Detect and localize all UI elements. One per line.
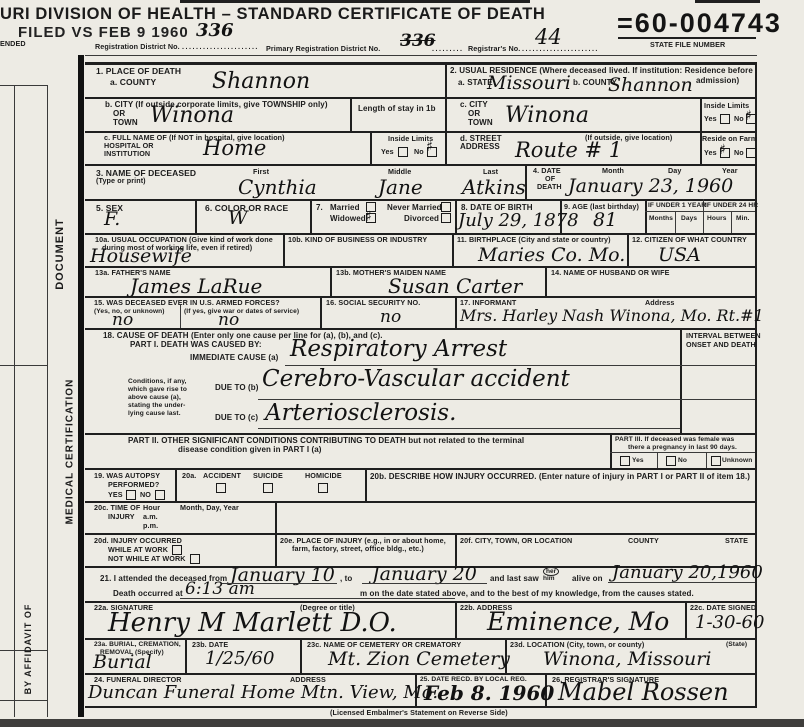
part2-title2: disease condition given in PART I (a) — [178, 445, 322, 455]
s21-alive-label: alive on — [572, 574, 603, 584]
s18-conditions-1: Conditions, if any, — [128, 378, 187, 386]
s2-no-label: No — [734, 115, 744, 124]
checkbox-2c-inside-limits-yes — [720, 114, 730, 124]
s3-subtitle: (Type or print) — [96, 177, 146, 186]
s18-due-b-label: DUE TO (b) — [215, 383, 259, 393]
certificate-title: URI DIVISION OF HEALTH – STANDARD CERTIF… — [0, 5, 545, 25]
amended-fragment: ENDED — [0, 40, 26, 49]
s4-value: January 23, 1960 — [568, 177, 733, 196]
registration-district-label: Registration District No. — [95, 43, 180, 52]
checkbox-never-married — [441, 202, 451, 212]
checkbox-homicide — [318, 483, 328, 493]
margin-by-affidavit-label: BY AFFIDAVIT OF — [23, 594, 33, 704]
s20d-notwork-label: NOT WHILE AT WORK — [108, 555, 186, 564]
margin-document-label: DOCUMENT — [54, 189, 66, 319]
scan-edge-line — [695, 0, 760, 3]
s8-value: July 29, 1878 — [458, 212, 579, 230]
s22b-value: Eminence, Mo — [487, 609, 669, 634]
s6-value: W — [228, 209, 248, 228]
grid-line — [370, 131, 372, 164]
s7-widowed-label: Widowed — [330, 214, 366, 224]
grid-line — [545, 266, 547, 296]
grid-line — [175, 468, 177, 501]
s16-value: no — [380, 309, 401, 326]
s1-institution-label3: INSTITUTION — [104, 150, 150, 159]
s15-title: 15. WAS DECEASED EVER IN U.S. ARMED FORC… — [94, 299, 280, 308]
grid-line — [300, 638, 302, 673]
grid-line — [275, 501, 277, 533]
part3-no-label: No — [678, 457, 687, 465]
s18-conditions-5: lying cause last. — [128, 410, 181, 418]
s19-title2: PERFORMED? — [108, 481, 159, 490]
s23a-title1: 23a. BURIAL, CREMATION, — [94, 641, 181, 649]
grid-line — [275, 533, 277, 566]
s25-value: Feb 8. 1960 — [424, 683, 554, 703]
grid-line — [310, 199, 312, 233]
s22c-value: 1-30-60 — [695, 614, 764, 632]
cause-c-rule — [258, 428, 680, 429]
s1-yes-label: Yes — [381, 148, 394, 157]
s19-no-label: NO — [140, 491, 151, 500]
s4-title3: DEATH — [537, 183, 562, 192]
grid-line — [700, 97, 702, 164]
s20a-accident-label: ACCIDENT — [203, 472, 241, 481]
grid-line — [85, 164, 757, 166]
checkbox-not-while-at-work — [190, 554, 200, 564]
checkbox-suicide — [263, 483, 273, 493]
dot-leader: ......... — [432, 45, 463, 54]
primary-registration-label: Primary Registration District No. — [266, 45, 380, 54]
state-file-underline — [618, 37, 756, 39]
filed-date-stamp: FILED VS FEB 9 1960 — [18, 24, 189, 41]
s18-conditions-4: stating the under- — [128, 402, 185, 410]
s9-hours-label: Hours — [707, 215, 727, 223]
grid-line — [85, 468, 757, 470]
checkbox-autopsy-no — [155, 490, 165, 500]
s13a-value: James LaRue — [130, 276, 262, 296]
s21-rule — [608, 582, 755, 583]
margin-line — [0, 365, 47, 366]
s2-state-value: Missouri — [487, 74, 571, 93]
s15-value2: no — [218, 312, 239, 329]
grid-line — [85, 199, 757, 201]
s20f-state-label: STATE — [725, 537, 748, 546]
filed-number-handwriting: 336 — [196, 22, 234, 40]
s7-divorced-label: Divorced — [404, 214, 439, 224]
dot-leader: ...................... — [522, 45, 599, 54]
s20f-title: 20f. CITY, TOWN, OR LOCATION — [460, 537, 572, 546]
s18-immediate-label: IMMEDIATE CAUSE (a) — [190, 353, 278, 363]
grid-line — [85, 328, 757, 330]
grid-line — [85, 601, 757, 603]
grid-line — [320, 296, 322, 328]
s23a-value: Burial — [93, 653, 152, 672]
s11-value: Maries Co. Mo. — [478, 246, 625, 265]
s1-institution-value: Home — [203, 138, 266, 159]
grid-line — [85, 97, 757, 99]
checkmark-1c-no: ♯ — [426, 139, 433, 155]
checkmark-widowed: ♯ — [365, 209, 372, 225]
s7-never-married-label: Never Married — [387, 203, 442, 213]
checkbox-pregnancy-no — [666, 456, 676, 466]
s9-months-label: Months — [649, 215, 673, 223]
margin-line — [14, 85, 15, 717]
grid-line — [657, 452, 658, 468]
grid-line — [185, 638, 187, 673]
s2-address-label: ADDRESS — [460, 142, 500, 152]
grid-line — [455, 199, 457, 233]
s20c-pm-label: p.m. — [143, 522, 158, 531]
grid-line — [645, 199, 647, 233]
part3-title2: there a pregnancy in last 90 days. — [628, 444, 737, 452]
s18-conditions-3: above cause (a), — [128, 394, 181, 402]
s20e-title2: farm, factory, street, office bldg., etc… — [292, 545, 424, 554]
grid-line — [180, 305, 181, 328]
s23b-value: 1/25/60 — [205, 650, 274, 668]
s21-him: him — [543, 575, 555, 582]
grid-line — [675, 211, 676, 233]
grid-line — [731, 211, 732, 233]
grid-line — [455, 296, 457, 328]
s2-farm-label: Reside on Farm — [702, 135, 757, 144]
form-left-heavy-bar — [78, 55, 84, 717]
state-file-number-value: =60-004743 — [617, 8, 782, 39]
s9-under24-label: IF UNDER 24 HR — [705, 202, 758, 210]
checkbox-2d-farm-no — [746, 148, 756, 158]
s21-alive-value: January 20,1960 — [612, 564, 763, 582]
grid-line — [283, 233, 285, 266]
grid-line — [455, 533, 457, 566]
death-certificate-scan: URI DIVISION OF HEALTH – STANDARD CERTIF… — [0, 0, 804, 727]
s21-her-him: her him — [543, 569, 559, 582]
s26-signature-value: Mabel Rossen — [558, 680, 729, 704]
embalmer-footer-note: (Licensed Embalmer's Statement on Revers… — [330, 709, 508, 718]
s5-value: F. — [104, 210, 120, 229]
s20a-suicide-label: SUICIDE — [253, 472, 283, 481]
s20a-num: 20a. — [182, 472, 196, 481]
s16-title: 16. SOCIAL SECURITY NO. — [326, 299, 420, 308]
s21-rule — [362, 583, 487, 584]
s2-street-value: Route # 1 — [515, 140, 622, 161]
s20c-mdy-label: Month, Day, Year — [180, 504, 239, 513]
dot-leader: ...................... — [182, 43, 259, 52]
s3-last-value: Atkins — [462, 177, 526, 197]
s1-county-value: Shannon — [212, 71, 310, 93]
grid-line — [610, 452, 755, 453]
s21-to-label: , to — [340, 574, 352, 584]
s13b-value: Susan Carter — [388, 276, 522, 296]
checkbox-pregnancy-unknown — [711, 456, 721, 466]
s15-value1: no — [112, 312, 133, 329]
s1-stay-label: Length of stay in 1b — [358, 104, 436, 114]
s7-num: 7. — [316, 203, 323, 213]
s2-farm-yes-label: Yes — [704, 149, 717, 158]
s20a-homicide-label: HOMICIDE — [305, 472, 342, 481]
part3-yes-label: Yes — [632, 457, 644, 465]
part3-title: PART III. If deceased was female was — [615, 436, 734, 444]
checkmark-2c-no: ♯ — [745, 108, 752, 124]
checkbox-accident — [216, 483, 226, 493]
registrar-no-label: Registrar's No. — [468, 45, 520, 54]
s22a-signature-value: Henry M Marlett D.O. — [108, 610, 397, 636]
s2-town-label: TOWN — [468, 118, 493, 128]
s2-county-value: Shannon — [608, 76, 693, 95]
grid-line — [195, 199, 197, 233]
primary-registration-value: 336 — [400, 33, 436, 50]
grid-line — [685, 601, 687, 638]
s3-middle-value: Jane — [378, 177, 423, 197]
s18-conditions-2: which gave rise to — [128, 386, 187, 394]
s18-part1: PART I. DEATH WAS CAUSED BY: — [130, 340, 262, 350]
s19-yes-label: YES — [108, 491, 123, 500]
checkbox-divorced — [441, 213, 451, 223]
s20b-title: 20b. DESCRIBE HOW INJURY OCCURRED. (Ente… — [370, 472, 750, 482]
s14-title: 14. NAME OF HUSBAND OR WIFE — [551, 269, 670, 278]
s23c-value: Mt. Zion Cemetery — [328, 650, 510, 669]
s23d-value: Winona, Missouri — [543, 650, 711, 669]
margin-medical-certification-label: MEDICAL CERTIFICATION — [65, 342, 76, 562]
s21-death-occurred-label: Death occurred at — [113, 589, 183, 599]
s1-county-label: a. COUNTY — [110, 77, 156, 87]
grid-line — [85, 433, 757, 435]
s2-city-value: Winona — [505, 105, 589, 127]
grid-line — [85, 62, 757, 65]
s3-first-value: Cynthia — [238, 177, 317, 197]
s9-under1-label: IF UNDER 1 YEAR — [648, 202, 706, 210]
grid-line — [452, 233, 454, 266]
grid-line — [680, 328, 682, 433]
s2-inside-limits-label: Inside Limits — [704, 102, 749, 111]
s9-value: 81 — [593, 211, 617, 230]
grid-line — [610, 433, 612, 468]
grid-line — [627, 233, 629, 266]
s24-value: Duncan Funeral Home Mtn. View, Mo. — [88, 684, 438, 702]
s18-cause-a-value: Respiratory Arrest — [290, 338, 507, 361]
margin-line — [47, 85, 48, 717]
s9-min-label: Min. — [736, 215, 750, 223]
s21-to-value: January 20 — [372, 565, 477, 584]
s10b-title: 10b. KIND OF BUSINESS OR INDUSTRY — [288, 236, 427, 245]
s1-title: 1. PLACE OF DEATH — [96, 66, 181, 76]
s21-saw-label: and last saw — [490, 574, 539, 584]
grid-line — [330, 266, 332, 296]
s1-city-value: Winona — [150, 105, 234, 127]
s9-days-label: Days — [681, 215, 697, 223]
s18-cause-c-value: Arteriosclerosis. — [265, 402, 456, 425]
checkmark-2d-yes: ♯ — [719, 142, 726, 158]
s2-farm-no-label: No — [734, 149, 744, 158]
grid-line — [85, 55, 757, 56]
s20c-title2: INJURY — [108, 513, 135, 522]
part3-unknown-label: Unknown — [722, 457, 752, 465]
s21-post-label: m on the date stated above, and to the b… — [360, 589, 694, 599]
s20f-county-label: COUNTY — [628, 537, 659, 546]
s1-town-label: TOWN — [113, 118, 138, 128]
checkbox-pregnancy-yes — [620, 456, 630, 466]
s15-sub2: (If yes, give war or dates of service) — [184, 308, 299, 316]
grid-line — [365, 468, 367, 501]
scan-bottom-strip — [0, 719, 804, 727]
grid-line — [445, 62, 447, 164]
state-file-number-label: STATE FILE NUMBER — [650, 41, 725, 50]
grid-line — [706, 452, 707, 468]
scan-edge-line — [180, 0, 530, 3]
s10a-value: Housewife — [90, 247, 192, 266]
s18-cause-b-value: Cerebro-Vascular accident — [262, 368, 570, 391]
s21-time-value: 6:13 am — [185, 581, 255, 598]
grid-line — [455, 601, 457, 638]
s18-due-c-label: DUE TO (c) — [215, 413, 258, 423]
s17-value: Mrs. Harley Nash Winona, Mo. Rt.#1 — [460, 308, 764, 324]
grid-line — [85, 533, 757, 535]
grid-line — [350, 97, 352, 131]
s12-value: USA — [658, 246, 701, 265]
s1-no-label: No — [414, 148, 424, 157]
grid-line — [645, 211, 755, 212]
checkbox-1c-inside-limits-yes — [398, 147, 408, 157]
s18-interval-label2: ONSET AND DEATH — [686, 341, 756, 350]
s2-yes-label: Yes — [704, 115, 717, 124]
s2-title2: admission) — [696, 76, 739, 86]
margin-line — [0, 85, 47, 86]
checkbox-autopsy-yes — [126, 490, 136, 500]
s23d-state-label: (State) — [726, 641, 747, 649]
s7-married-label: Married — [330, 203, 360, 213]
